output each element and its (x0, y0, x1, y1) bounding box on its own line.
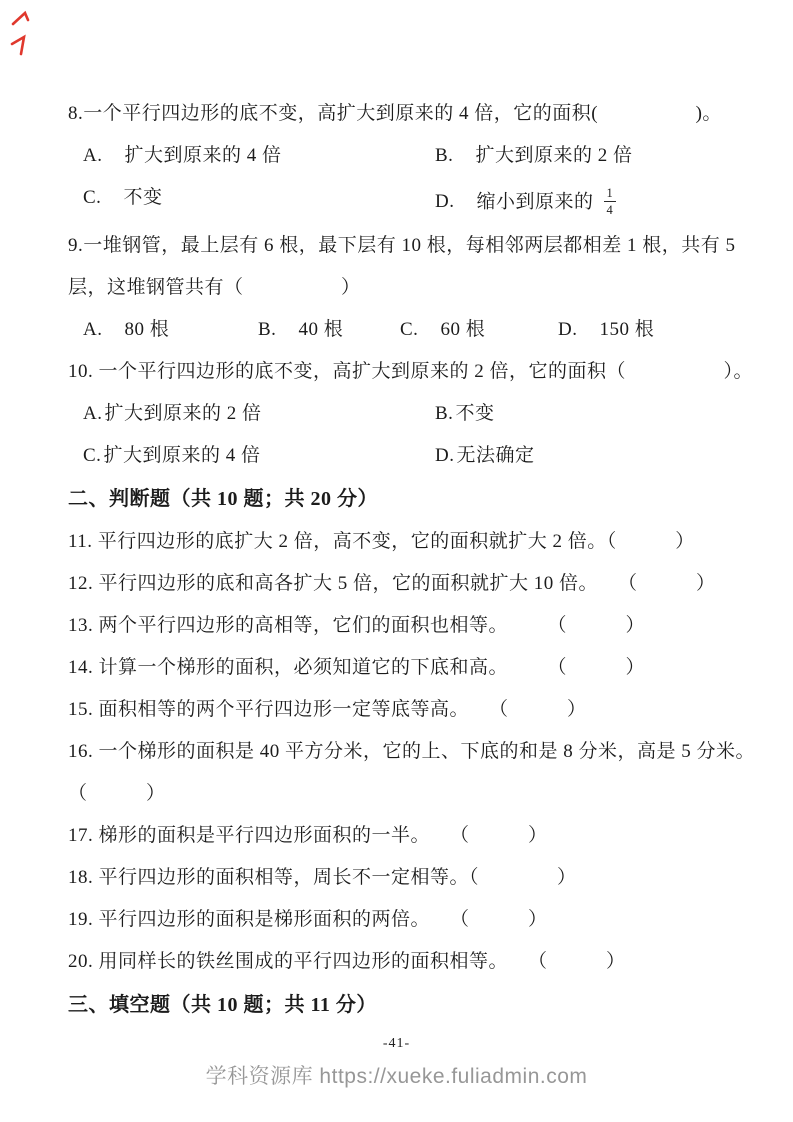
option-text: 扩大到原来的 2 倍 (104, 403, 261, 424)
test-paper-page: 8.一个平行四边形的底不变，高扩大到原来的 4 倍，它的面积( )。 A.扩大到… (0, 0, 793, 1122)
option-label: B. (435, 145, 453, 166)
option-label: D. (435, 445, 454, 466)
option-label: A. (83, 403, 102, 424)
option-d: D.无法确定 (435, 444, 535, 468)
option-label: B. (435, 403, 453, 424)
option-text: 80 根 (124, 319, 169, 340)
red-pen-marks-icon (8, 8, 42, 60)
option-a: A.80 根 (83, 318, 258, 342)
option-text: 60 根 (440, 319, 485, 340)
option-label: C. (83, 187, 101, 208)
question-8-stem: 8.一个平行四边形的底不变，高扩大到原来的 4 倍，它的面积( )。 (68, 102, 744, 126)
option-label: A. (83, 145, 102, 166)
page-content: 8.一个平行四边形的底不变，高扩大到原来的 4 倍，它的面积( )。 A.扩大到… (68, 102, 744, 1036)
question-8-options-row-2: C.不变 D.缩小到原来的14 (68, 186, 744, 216)
option-c: C.扩大到原来的 4 倍 (83, 444, 435, 468)
judgment-item-16-line-1: 16. 一个梯形的面积是 40 平方分米，它的上、下底的和是 8 分米，高是 5… (68, 740, 744, 764)
fraction-denominator: 4 (604, 202, 617, 217)
question-9-stem-line-1: 9.一堆钢管，最上层有 6 根，最下层有 10 根，每相邻两层都相差 1 根，共… (68, 234, 744, 258)
option-text: 缩小到原来的 (476, 191, 593, 212)
question-10-options-row-1: A.扩大到原来的 2 倍 B.不变 (68, 402, 744, 426)
judgment-item-18: 18. 平行四边形的面积相等，周长不一定相等。（ ） (68, 866, 744, 890)
judgment-item-17: 17. 梯形的面积是平行四边形面积的一半。 （ ） (68, 824, 744, 848)
option-b: B.不变 (435, 402, 494, 426)
judgment-item-14: 14. 计算一个梯形的面积，必须知道它的下底和高。 （ ） (68, 656, 744, 680)
option-text: 扩大到原来的 2 倍 (475, 145, 632, 166)
question-9-options-row: A.80 根 B.40 根 C.60 根 D.150 根 (68, 318, 744, 342)
question-8-options-row-1: A.扩大到原来的 4 倍 B.扩大到原来的 2 倍 (68, 144, 744, 168)
option-label: D. (558, 319, 577, 340)
option-a: A.扩大到原来的 4 倍 (83, 144, 435, 168)
option-d: D.150 根 (558, 318, 654, 342)
option-label: C. (83, 445, 101, 466)
option-text: 无法确定 (456, 445, 534, 466)
option-label: B. (258, 319, 276, 340)
judgment-item-12: 12. 平行四边形的底和高各扩大 5 倍，它的面积就扩大 10 倍。 （ ） (68, 572, 744, 596)
judgment-item-15: 15. 面积相等的两个平行四边形一定等底等高。 （ ） (68, 698, 744, 722)
option-text: 不变 (123, 187, 162, 208)
question-10-options-row-2: C.扩大到原来的 4 倍 D.无法确定 (68, 444, 744, 468)
judgment-item-19: 19. 平行四边形的面积是梯形面积的两倍。 （ ） (68, 908, 744, 932)
option-text: 40 根 (298, 319, 343, 340)
option-label: C. (400, 319, 418, 340)
option-text: 扩大到原来的 4 倍 (124, 145, 281, 166)
page-number: -41- (0, 1036, 793, 1052)
question-9-stem-line-2: 层，这堆钢管共有（ ） (68, 276, 744, 300)
question-10-stem: 10. 一个平行四边形的底不变，高扩大到原来的 2 倍，它的面积（ ）。 (68, 360, 744, 384)
judgment-item-11: 11. 平行四边形的底扩大 2 倍，高不变，它的面积就扩大 2 倍。（ ） (68, 530, 744, 554)
option-c: C.60 根 (400, 318, 558, 342)
option-text: 150 根 (599, 319, 654, 340)
judgment-item-13: 13. 两个平行四边形的高相等，它们的面积也相等。 （ ） (68, 614, 744, 638)
option-text: 不变 (455, 403, 494, 424)
judgment-item-20: 20. 用同样长的铁丝围成的平行四边形的面积相等。 （ ） (68, 950, 744, 974)
option-d: D.缩小到原来的14 (435, 186, 616, 216)
fraction-one-fourth: 14 (604, 186, 617, 218)
footer-site-text: 学科资源库 https://xueke.fuliadmin.com (0, 1060, 793, 1090)
option-a: A.扩大到原来的 2 倍 (83, 402, 435, 426)
option-text: 扩大到原来的 4 倍 (103, 445, 260, 466)
option-label: D. (435, 191, 454, 212)
option-b: B.扩大到原来的 2 倍 (435, 144, 632, 168)
section-fill-blank-title: 三、填空题（共 10 题；共 11 分） (68, 992, 744, 1018)
section-judgment-title: 二、判断题（共 10 题；共 20 分） (68, 486, 744, 512)
fraction-numerator: 1 (604, 186, 617, 202)
option-c: C.不变 (83, 186, 435, 216)
option-b: B.40 根 (258, 318, 400, 342)
option-label: A. (83, 319, 102, 340)
judgment-item-16-line-2: （ ） (68, 782, 744, 806)
